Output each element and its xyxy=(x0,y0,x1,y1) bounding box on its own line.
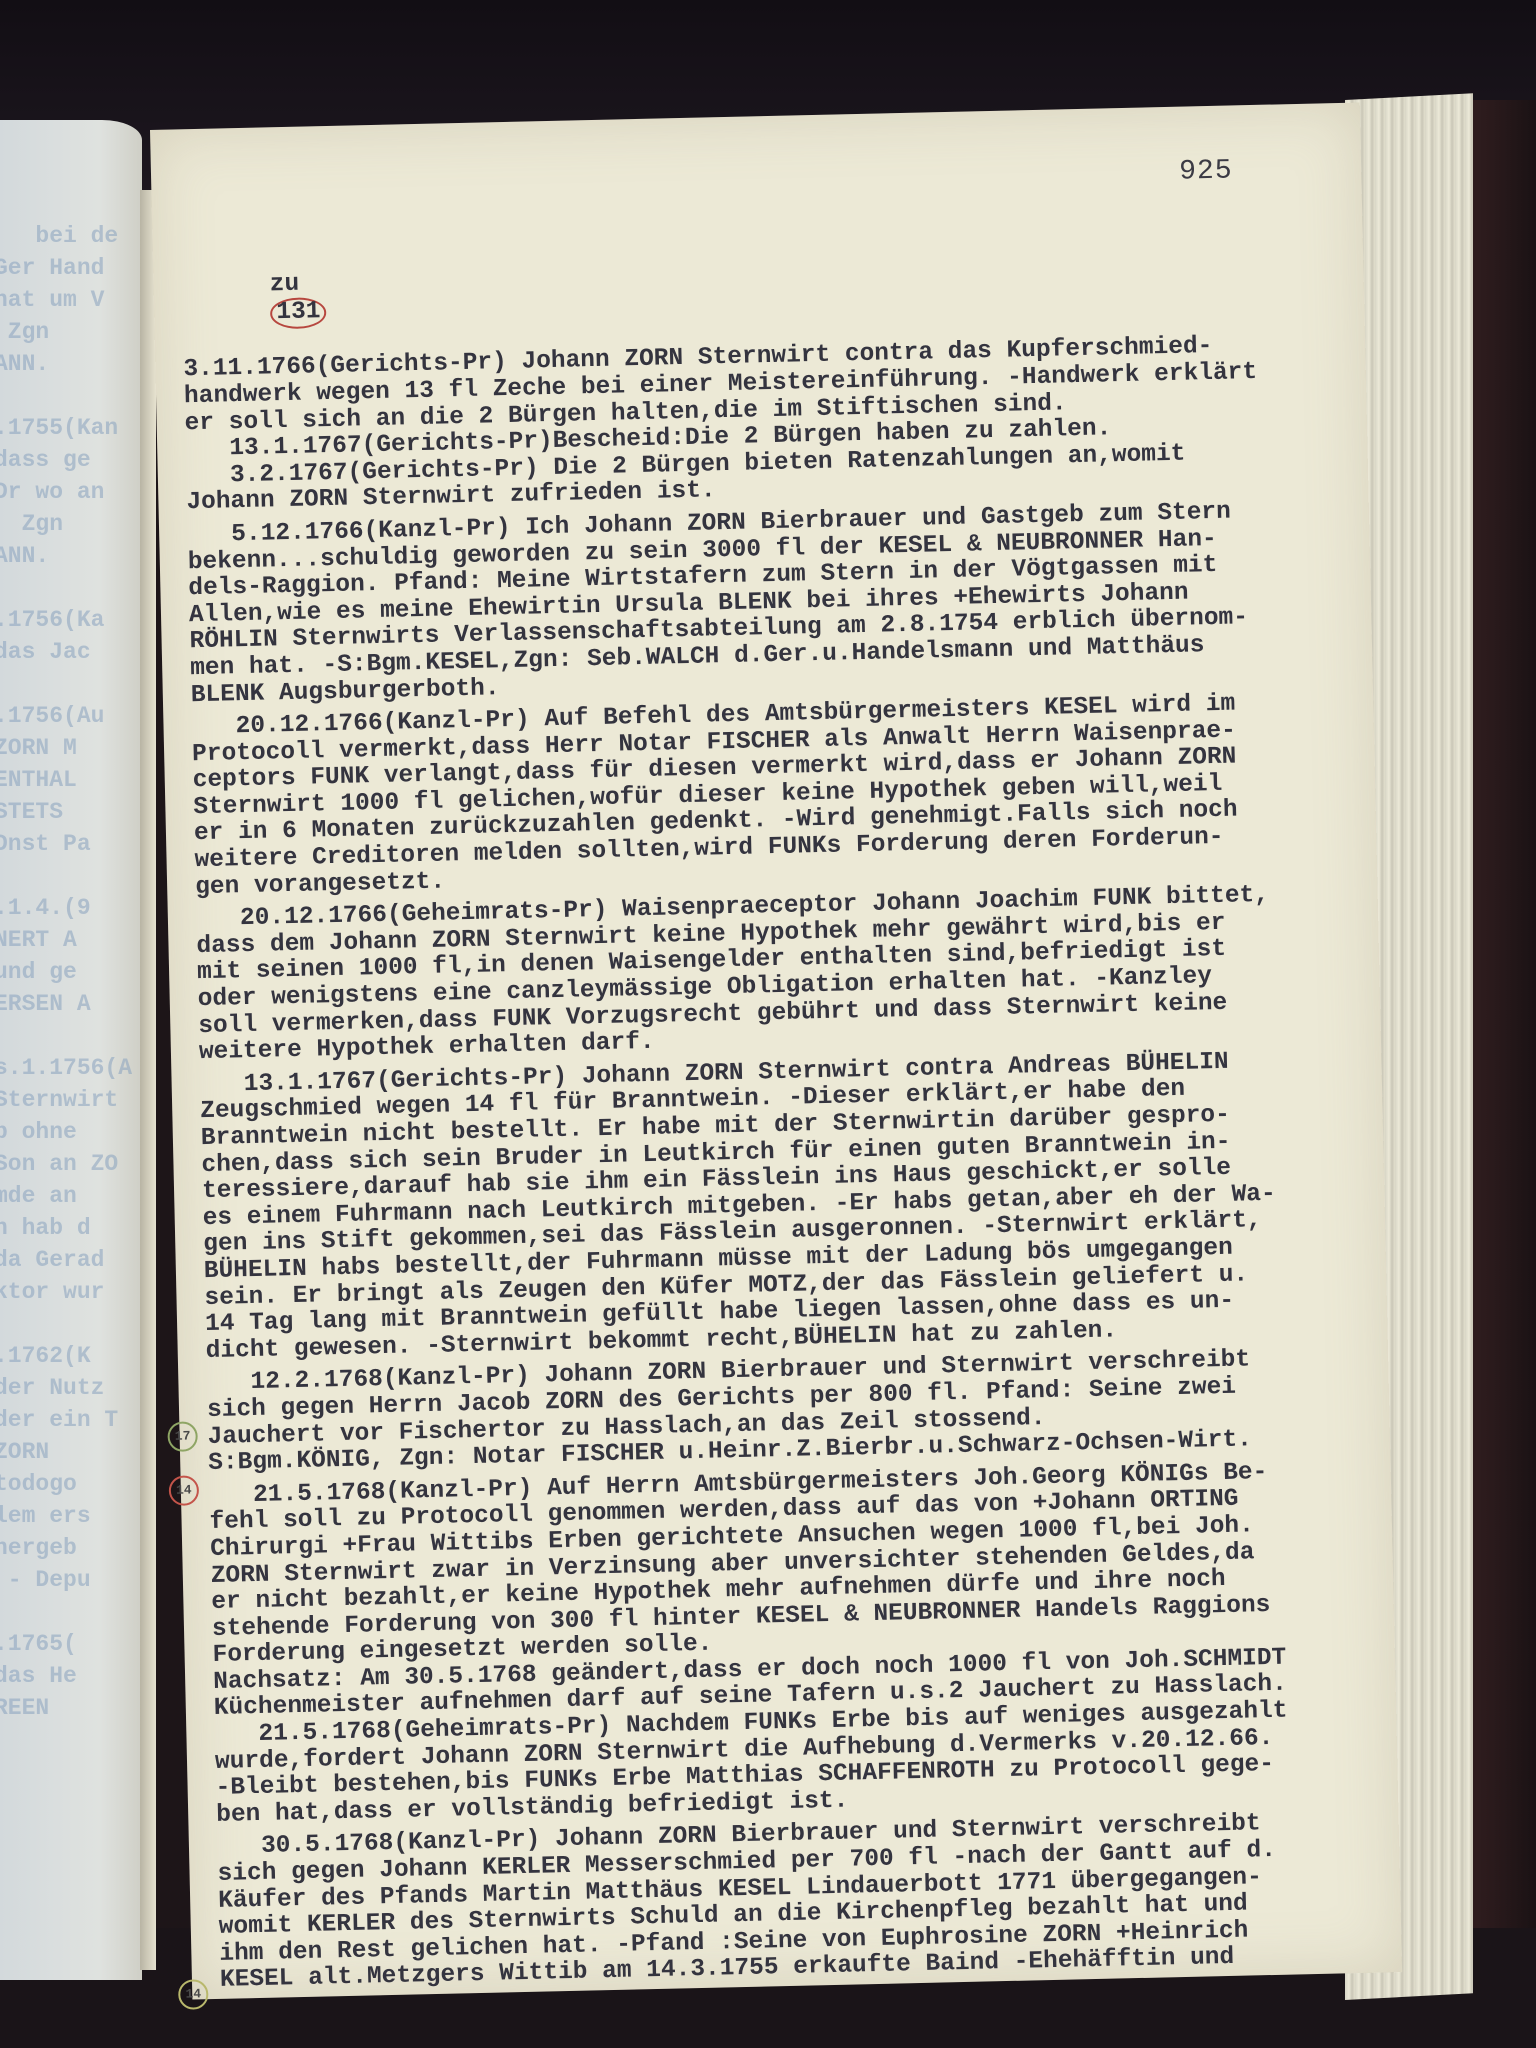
reference-number-circled: 131 xyxy=(270,297,327,329)
document-entry: 20.12.1766(Geheimrats-Pr) Waisenpraecept… xyxy=(196,881,1369,1067)
document-entry: 5.12.1766(Kanzl-Pr) Ich Johann ZORN Bier… xyxy=(187,497,1361,710)
left-page-bleed-text: bei de Ger Hand hat um V Zgn ANN. .1755(… xyxy=(0,220,142,1724)
page-number: 925 xyxy=(1179,155,1233,187)
left-page: bei de Ger Hand hat um V Zgn ANN. .1755(… xyxy=(0,120,142,1980)
document-entry: 13.1.1767(Gerichts-Pr) Johann ZORN Stern… xyxy=(199,1046,1375,1365)
entries-list: 3.11.1766(Gerichts-Pr) Johann ZORN Stern… xyxy=(183,331,1390,1995)
document-entry: 21.5.1768(Kanzl-Pr) Auf Herrn Amtsbürger… xyxy=(209,1457,1387,1829)
document-entry: 20.12.1766(Kanzl-Pr) Auf Befehl des Amts… xyxy=(191,689,1365,902)
book-gutter xyxy=(140,190,156,1970)
margin-mark-green: 17 xyxy=(167,1421,198,1452)
document-entry: 30.5.1768(Kanzl-Pr) Johann ZORN Bierbrau… xyxy=(217,1809,1390,1995)
document-entry: 3.11.1766(Gerichts-Pr) Johann ZORN Stern… xyxy=(183,331,1356,517)
document-entry: 12.2.1768(Kanzl-Pr) Johann ZORN Bierbrau… xyxy=(206,1345,1378,1478)
margin-mark-red: 14 xyxy=(169,1475,200,1506)
document-body: zu 131 3.11.1766(Gerichts-Pr) Johann ZOR… xyxy=(181,221,1390,2001)
document-page: 925 17 14 14 zu 131 3.11.1766(Gerichts-P… xyxy=(150,103,1402,2000)
reference-prefix: zu xyxy=(269,270,299,298)
